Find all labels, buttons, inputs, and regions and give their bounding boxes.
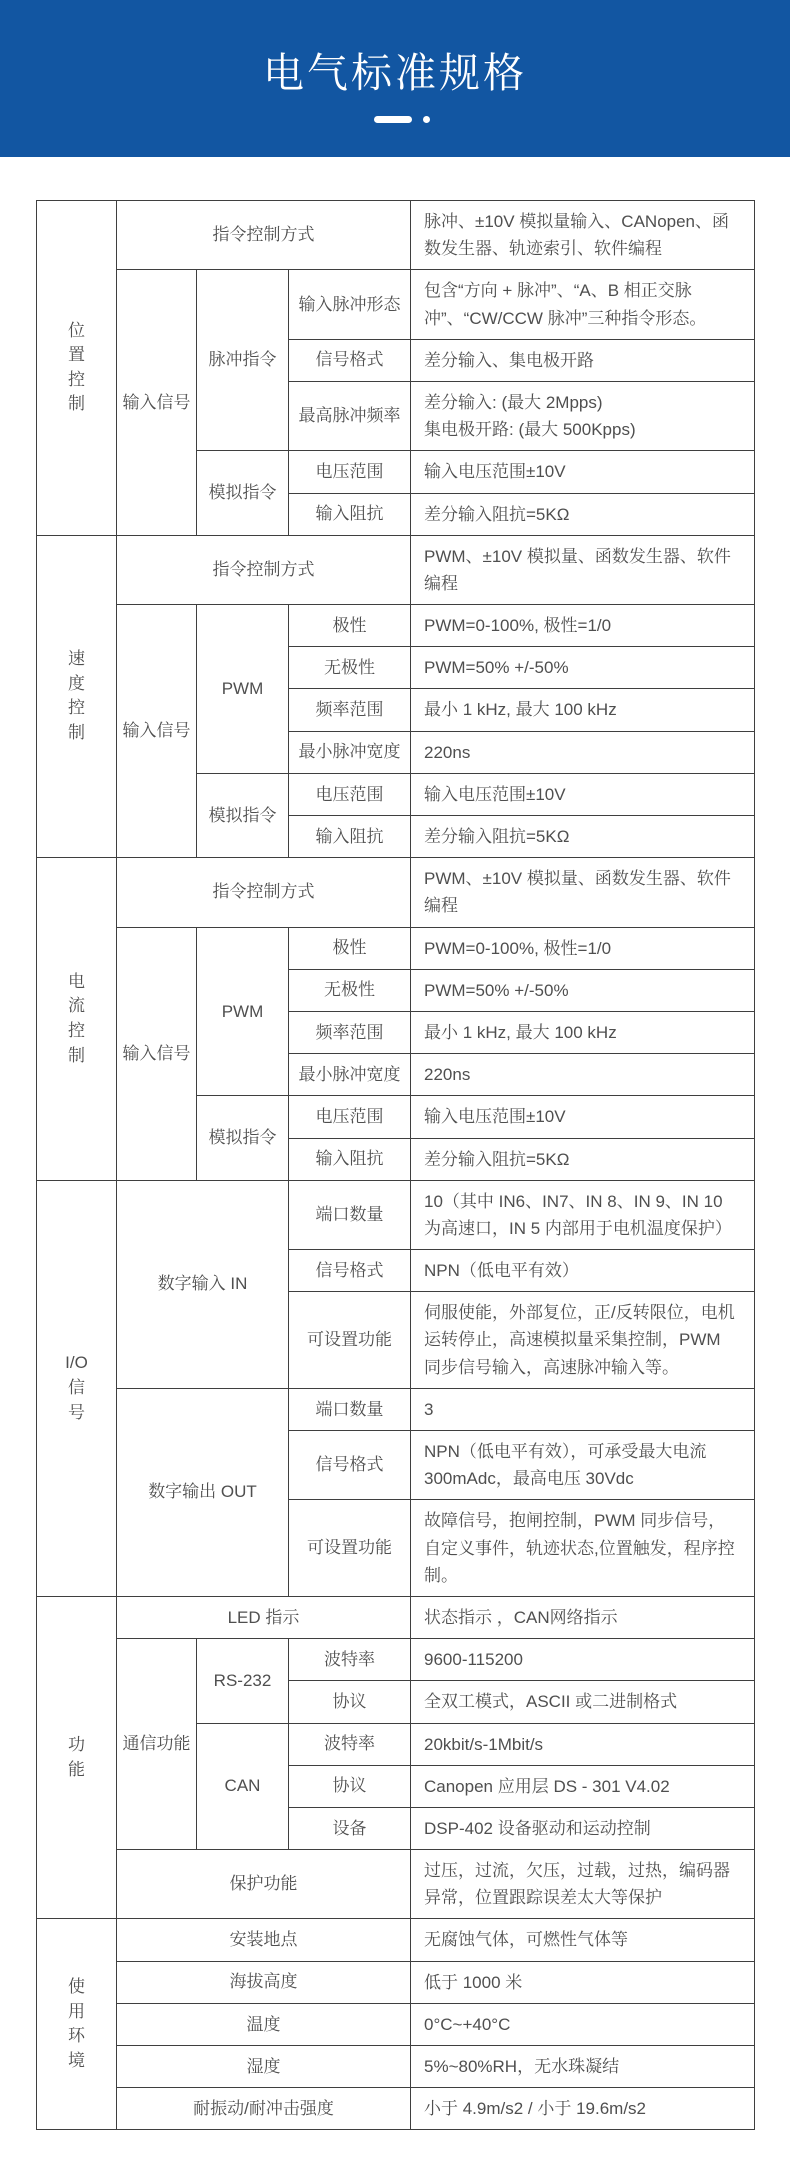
spec-value: 最小 1 kHz, 最大 100 kHz: [411, 1011, 755, 1053]
table-row: 速 度 控 制指令控制方式PWM、±10V 模拟量、函数发生器、软件编程: [37, 535, 755, 604]
section-label: 位 置 控 制: [37, 201, 117, 536]
row-label: 波特率: [289, 1723, 411, 1765]
page-root: { "banner": { "title": "电气标准规格" }, "tabl…: [0, 0, 790, 2169]
row-label: 频率范围: [289, 1011, 411, 1053]
row-label: 模拟指令: [197, 773, 289, 857]
row-label: 指令控制方式: [117, 201, 411, 270]
row-label: 信号格式: [289, 1250, 411, 1292]
spec-value: 状态指示 ，CAN网络指示: [411, 1596, 755, 1638]
spec-value: 输入电压范围±10V: [411, 773, 755, 815]
row-label: 指令控制方式: [117, 858, 411, 927]
spec-value: 3: [411, 1388, 755, 1430]
spec-value: 20kbit/s-1Mbit/s: [411, 1723, 755, 1765]
title-underline: [374, 116, 430, 123]
table-row: 耐振动/耐冲击强度小于 4.9m/s2 / 小于 19.6m/s2: [37, 2088, 755, 2130]
row-label: RS-232: [197, 1639, 289, 1723]
row-label: PWM: [197, 927, 289, 1096]
row-label: 耐振动/耐冲击强度: [117, 2088, 411, 2130]
row-label: 信号格式: [289, 339, 411, 381]
spec-value: 差分输入、集电极开路: [411, 339, 755, 381]
row-label: CAN: [197, 1723, 289, 1850]
underline-dash-icon: [374, 116, 412, 123]
row-label: 最小脉冲宽度: [289, 1054, 411, 1096]
row-label: 极性: [289, 605, 411, 647]
row-label: PWM: [197, 605, 289, 774]
table-row: 电 流 控 制指令控制方式PWM、±10V 模拟量、函数发生器、软件编程: [37, 858, 755, 927]
row-label: 设备: [289, 1807, 411, 1849]
page-title: 电气标准规格: [263, 53, 527, 94]
row-label: 最高脉冲频率: [289, 381, 411, 450]
spec-value: 包含“方向 + 脉冲”、“A、B 相正交脉冲”、“CW/CCW 脉冲”三种指令形…: [411, 270, 755, 339]
row-label: 电压范围: [289, 451, 411, 493]
spec-value: PWM、±10V 模拟量、函数发生器、软件编程: [411, 858, 755, 927]
spec-value: PWM、±10V 模拟量、函数发生器、软件编程: [411, 535, 755, 604]
row-label: 频率范围: [289, 689, 411, 731]
table-row: 保护功能过压，过流，欠压，过载，过热，编码器异常，位置跟踪误差太大等保护: [37, 1850, 755, 1919]
row-label: 输入阻抗: [289, 493, 411, 535]
section-label: 功 能: [37, 1596, 117, 1919]
row-label: 电压范围: [289, 773, 411, 815]
spec-value: NPN（低电平有效）: [411, 1250, 755, 1292]
row-label: 安装地点: [117, 1919, 411, 1961]
row-label: 输入阻抗: [289, 1138, 411, 1180]
table-row: 湿度5%~80%RH，无水珠凝结: [37, 2046, 755, 2088]
table-row: 输入信号PWM极性PWM=0-100%, 极性=1/0: [37, 605, 755, 647]
spec-value: 5%~80%RH，无水珠凝结: [411, 2046, 755, 2088]
spec-value: 差分输入: (最大 2Mpps) 集电极开路: (最大 500Kpps): [411, 381, 755, 450]
table-row: 位 置 控 制指令控制方式脉冲、±10V 模拟量输入、CANopen、函数发生器…: [37, 201, 755, 270]
table-row: 海拔高度低于 1000 米: [37, 1961, 755, 2003]
row-label: 输入阻抗: [289, 816, 411, 858]
spec-value: 220ns: [411, 731, 755, 773]
row-label: 指令控制方式: [117, 535, 411, 604]
table-row: I/O 信 号数字输入 IN端口数量10（其中 IN6、IN7、IN 8、IN …: [37, 1180, 755, 1249]
header-banner: 电气标准规格: [0, 0, 790, 157]
section-label: 速 度 控 制: [37, 535, 117, 858]
spec-value: 输入电压范围±10V: [411, 451, 755, 493]
row-label: 无极性: [289, 969, 411, 1011]
spec-value: 过压，过流，欠压，过载，过热，编码器异常，位置跟踪误差太大等保护: [411, 1850, 755, 1919]
row-label: 端口数量: [289, 1180, 411, 1249]
table-row: 输入信号脉冲指令输入脉冲形态包含“方向 + 脉冲”、“A、B 相正交脉冲”、“C…: [37, 270, 755, 339]
row-label: LED 指示: [117, 1596, 411, 1638]
spec-value: Canopen 应用层 DS - 301 V4.02: [411, 1765, 755, 1807]
row-label: 信号格式: [289, 1431, 411, 1500]
spec-table-container: 位 置 控 制指令控制方式脉冲、±10V 模拟量输入、CANopen、函数发生器…: [36, 200, 754, 2130]
row-label: 输入信号: [117, 927, 197, 1180]
spec-value: 差分输入阻抗=5KΩ: [411, 1138, 755, 1180]
row-label: 通信功能: [117, 1639, 197, 1850]
row-label: 最小脉冲宽度: [289, 731, 411, 773]
spec-value: 输入电压范围±10V: [411, 1096, 755, 1138]
spec-value: PWM=50% +/-50%: [411, 647, 755, 689]
row-label: 协议: [289, 1681, 411, 1723]
section-label: 使 用 环 境: [37, 1919, 117, 2130]
row-label: 电压范围: [289, 1096, 411, 1138]
spec-value: 伺服使能，外部复位，正/反转限位，电机运转停止，高速模拟量采集控制，PWM 同步…: [411, 1292, 755, 1389]
spec-value: PWM=0-100%, 极性=1/0: [411, 605, 755, 647]
spec-value: 全双工模式，ASCII 或二进制格式: [411, 1681, 755, 1723]
row-label: 海拔高度: [117, 1961, 411, 2003]
row-label: 波特率: [289, 1639, 411, 1681]
table-row: 输入信号PWM极性PWM=0-100%, 极性=1/0: [37, 927, 755, 969]
spec-value: 0°C~+40°C: [411, 2003, 755, 2045]
row-label: 数字输出 OUT: [117, 1388, 289, 1596]
row-label: 极性: [289, 927, 411, 969]
spec-value: NPN（低电平有效），可承受最大电流 300mAdc，最高电压 30Vdc: [411, 1431, 755, 1500]
row-label: 保护功能: [117, 1850, 411, 1919]
row-label: 模拟指令: [197, 451, 289, 535]
table-row: 通信功能RS-232波特率9600-115200: [37, 1639, 755, 1681]
section-label: I/O 信 号: [37, 1180, 117, 1596]
table-row: 温度0°C~+40°C: [37, 2003, 755, 2045]
spec-value: 脉冲、±10V 模拟量输入、CANopen、函数发生器、轨迹索引、软件编程: [411, 201, 755, 270]
spec-value: 差分输入阻抗=5KΩ: [411, 816, 755, 858]
spec-table-body: 位 置 控 制指令控制方式脉冲、±10V 模拟量输入、CANopen、函数发生器…: [37, 201, 755, 2130]
spec-table: 位 置 控 制指令控制方式脉冲、±10V 模拟量输入、CANopen、函数发生器…: [36, 200, 755, 2130]
spec-value: 无腐蚀气体，可燃性气体等: [411, 1919, 755, 1961]
row-label: 协议: [289, 1765, 411, 1807]
spec-value: 差分输入阻抗=5KΩ: [411, 493, 755, 535]
row-label: 输入信号: [117, 605, 197, 858]
row-label: 可设置功能: [289, 1500, 411, 1597]
spec-value: 220ns: [411, 1054, 755, 1096]
section-label: 电 流 控 制: [37, 858, 117, 1181]
spec-value: 小于 4.9m/s2 / 小于 19.6m/s2: [411, 2088, 755, 2130]
row-label: 端口数量: [289, 1388, 411, 1430]
row-label: 输入脉冲形态: [289, 270, 411, 339]
table-row: 使 用 环 境安装地点无腐蚀气体，可燃性气体等: [37, 1919, 755, 1961]
row-label: 可设置功能: [289, 1292, 411, 1389]
table-row: 数字输出 OUT端口数量3: [37, 1388, 755, 1430]
spec-value: 9600-115200: [411, 1639, 755, 1681]
spec-value: PWM=50% +/-50%: [411, 969, 755, 1011]
row-label: 模拟指令: [197, 1096, 289, 1180]
bottom-whitespace: [0, 2130, 790, 2169]
row-label: 脉冲指令: [197, 270, 289, 451]
row-label: 数字输入 IN: [117, 1180, 289, 1388]
row-label: 无极性: [289, 647, 411, 689]
underline-dot-icon: [423, 116, 430, 123]
row-label: 湿度: [117, 2046, 411, 2088]
spec-value: 最小 1 kHz, 最大 100 kHz: [411, 689, 755, 731]
spec-value: 故障信号，抱闸控制，PWM 同步信号，自定义事件，轨迹状态,位置触发，程序控制。: [411, 1500, 755, 1597]
spec-value: PWM=0-100%, 极性=1/0: [411, 927, 755, 969]
spec-value: 10（其中 IN6、IN7、IN 8、IN 9、IN 10 为高速口，IN 5 …: [411, 1180, 755, 1249]
table-row: 功 能LED 指示状态指示 ，CAN网络指示: [37, 1596, 755, 1638]
row-label: 输入信号: [117, 270, 197, 535]
spec-value: DSP-402 设备驱动和运动控制: [411, 1807, 755, 1849]
row-label: 温度: [117, 2003, 411, 2045]
spec-value: 低于 1000 米: [411, 1961, 755, 2003]
